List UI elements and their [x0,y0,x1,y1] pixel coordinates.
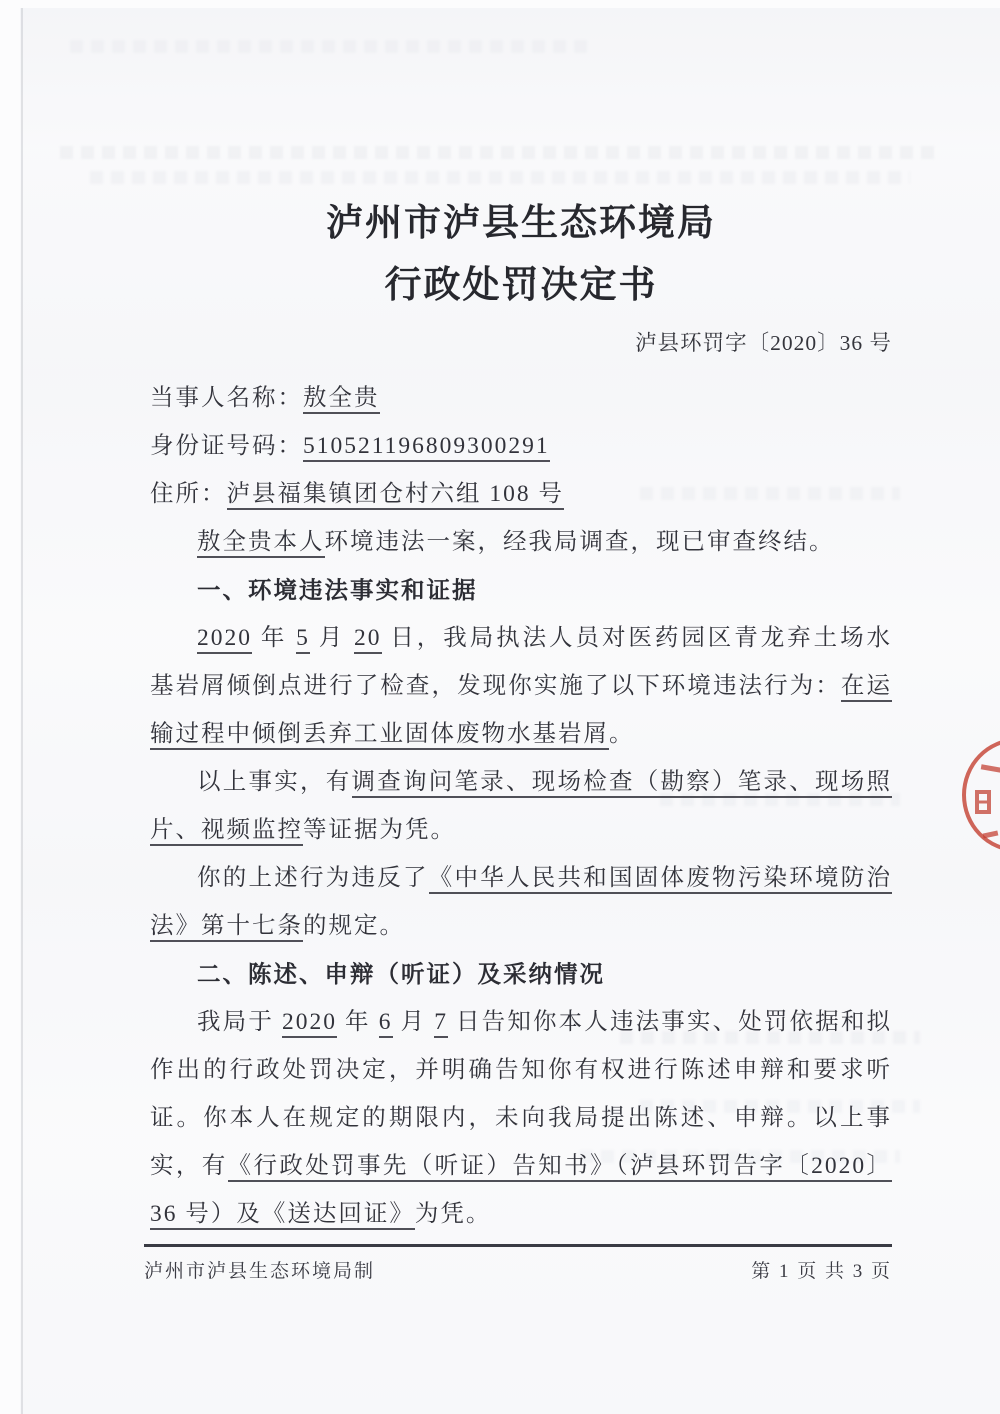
scan-edge-line [21,8,23,1414]
paragraph-facts: 2020 年 5 月 20 日，我局执法人员对医药园区青龙弃土场水基岩屑倾倒点进… [150,614,892,758]
document-title: 泸州市泸县生态环境局 行政处罚决定书 [150,192,892,316]
seal-text-fragment [983,830,999,838]
paragraph-violation: 你的上述行为违反了《中华人民共和国固体废物污染环境防治法》第十七条的规定。 [150,854,892,950]
page-footer: 泸州市泸县生态环境局制 第 1 页 共 3 页 [144,1244,892,1283]
party-info: 当事人名称：敖全贵 身份证号码：510521196809300291 住所：泸县… [150,374,892,518]
seal-text-fragment [975,790,991,814]
document-number: 泸县环罚字〔2020〕36 号 [150,326,892,360]
id-number-value: 510521196809300291 [303,433,550,462]
seal-text-fragment [981,764,1000,772]
footer-issuer: 泸州市泸县生态环境局制 [144,1256,375,1283]
title-line-1: 泸州市泸县生态环境局 [150,192,892,254]
party-name-label: 当事人名称： [150,385,303,411]
id-number-label: 身份证号码： [150,433,303,459]
official-seal-partial [962,738,1000,852]
id-number-row: 身份证号码：510521196809300291 [150,422,892,470]
address-row: 住所：泸县福集镇团仓村六组 108 号 [150,470,892,518]
section-2-heading: 二、陈述、申辩（听证）及采纳情况 [150,950,892,998]
scanned-document-page: 泸州市泸县生态环境局 行政处罚决定书 泸县环罚字〔2020〕36 号 当事人名称… [0,0,1000,1414]
document-body: 敖全贵本人环境违法一案，经我局调查，现已审查终结。 一、环境违法事实和证据 20… [150,518,892,1238]
section-1-heading: 一、环境违法事实和证据 [150,566,892,614]
paragraph-notice: 我局于 2020 年 6 月 7 日告知你本人违法事实、处罚依据和拟作出的行政处… [150,998,892,1238]
party-name-row: 当事人名称：敖全贵 [150,374,892,422]
footer-page-info: 第 1 页 共 3 页 [751,1256,892,1283]
document-content: 泸州市泸县生态环境局 行政处罚决定书 泸县环罚字〔2020〕36 号 当事人名称… [150,0,892,1238]
footer-rule [144,1244,892,1247]
paragraph-intro: 敖全贵本人环境违法一案，经我局调查，现已审查终结。 [150,518,892,566]
address-value: 泸县福集镇团仓村六组 108 号 [227,481,565,510]
paragraph-evidence: 以上事实，有调查询问笔录、现场检查（勘察）笔录、现场照片、视频监控等证据为凭。 [150,758,892,854]
address-label: 住所： [150,481,227,507]
title-line-2: 行政处罚决定书 [150,254,892,316]
party-name-value: 敖全贵 [303,385,380,414]
